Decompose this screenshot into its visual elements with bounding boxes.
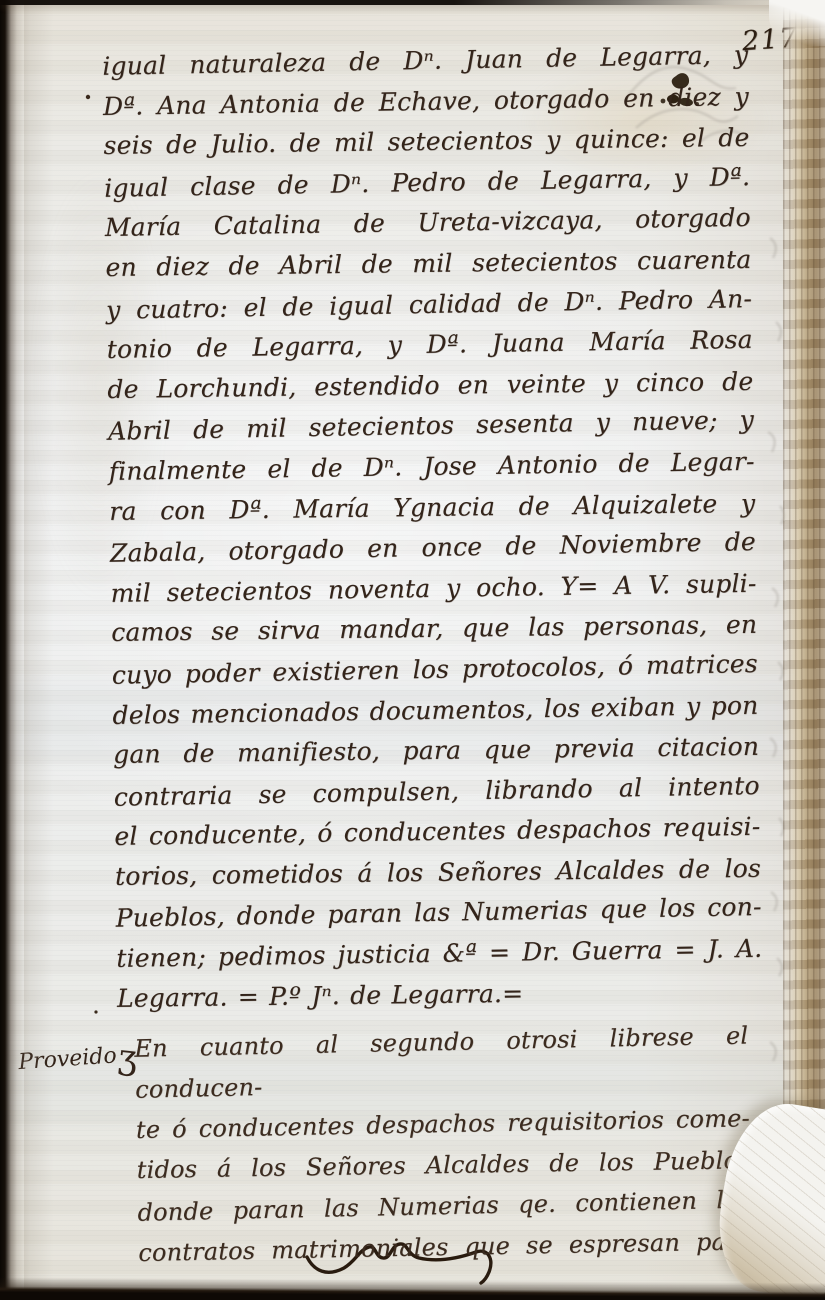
page-bottom-edge	[0, 1277, 825, 1300]
binding-gutter-edge	[0, 0, 30, 1300]
manuscript-page: 217. igual naturaleza de Dⁿ. Juan de Leg…	[0, 0, 825, 1300]
page-top-edge	[0, 0, 825, 5]
gutter-crease-shadow	[24, 0, 66, 1300]
text-line: En cuanto al segundo otrosi librese el c…	[134, 1015, 750, 1110]
text-line: Legarra. = P.º Jⁿ. de Legarra.=	[117, 970, 763, 1019]
petition-text-block: igual naturaleza de Dⁿ. Juan de Legarra,…	[102, 36, 763, 1020]
proveido-text-block: En cuanto al segundo otrosi librese el c…	[134, 1016, 753, 1274]
